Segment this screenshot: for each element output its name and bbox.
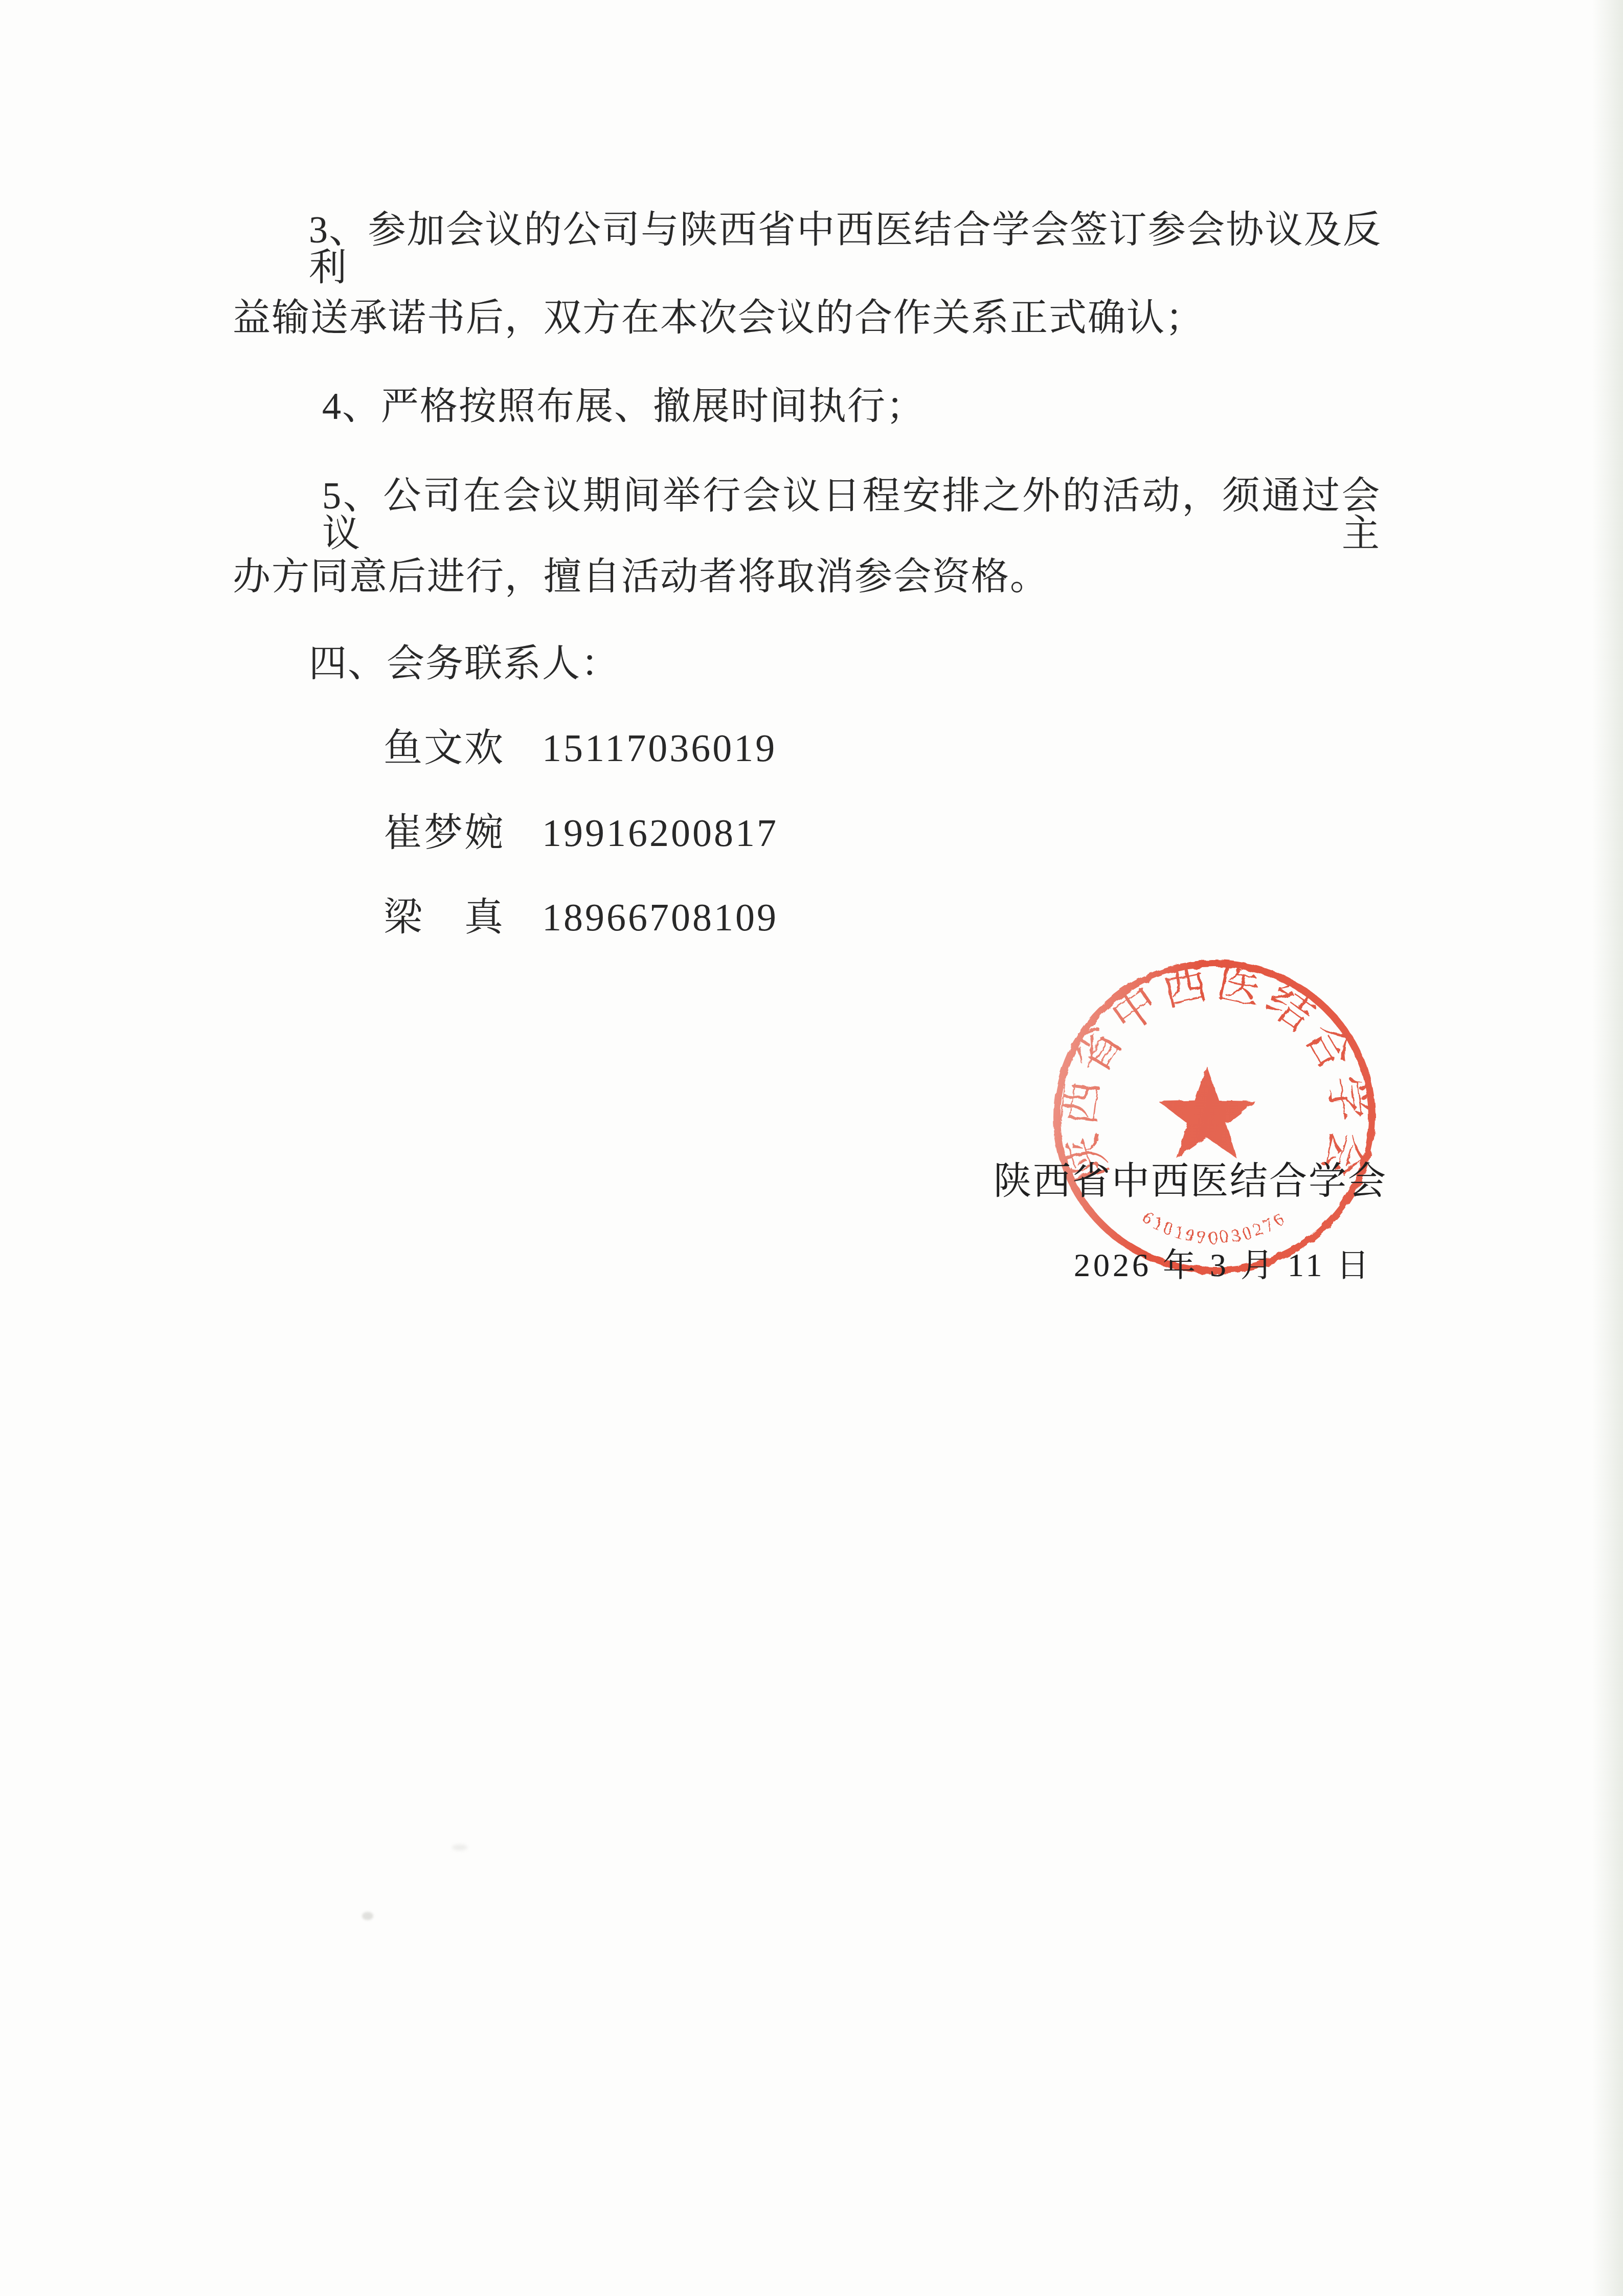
paragraph-5-line-1: 5、公司在会议期间举行会议日程安排之外的活动，须通过会议主 (322, 477, 1381, 553)
official-seal: 陕西省中西医结合学会 6101990030276 (1051, 953, 1379, 1281)
seal-ring-text: 陕西省中西医结合学会 (1054, 957, 1374, 1186)
seal-serial-number: 6101990030276 (1139, 1207, 1290, 1247)
paragraph-4-line-1: 4、严格按照布展、撤展时间执行； (322, 388, 925, 426)
page-edge-shadow (1592, 0, 1623, 2296)
seal-ring-text-container: 陕西省中西医结合学会 (1054, 957, 1374, 1186)
document-page: 3、参加会议的公司与陕西省中西医结合学会签订参会协议及反利 益输送承诺书后，双方… (0, 0, 1623, 2296)
section-heading-contacts: 四、会务联系人： (309, 645, 620, 683)
contact-row: 鱼文欢 15117036019 (384, 729, 1048, 768)
contact-row: 梁 真 18966708109 (384, 898, 1048, 937)
contact-phone: 18966708109 (542, 898, 778, 937)
seal-serial-container: 6101990030276 (1139, 1207, 1290, 1247)
contact-phone: 15117036019 (542, 729, 777, 768)
paragraph-3-line-2: 益输送承诺书后，双方在本次会议的合作关系正式确认； (233, 299, 1204, 337)
scan-speck (362, 1912, 373, 1920)
signature-organization: 陕西省中西医结合学会 (994, 1163, 1387, 1200)
contact-name: 梁 真 (384, 898, 505, 937)
contact-row: 崔梦婉 19916200817 (384, 814, 1048, 853)
paragraph-3-line-1: 3、参加会议的公司与陕西省中西医结合学会签订参会协议及反利 (309, 211, 1382, 287)
signature-date: 2026 年 3 月 11 日 (1074, 1249, 1372, 1282)
contact-name: 崔梦婉 (384, 814, 505, 853)
scan-speck (452, 1844, 467, 1851)
seal-star-icon (1158, 1066, 1255, 1158)
paragraph-5-line-2: 办方同意后进行，擅自活动者将取消参会资格。 (233, 558, 1049, 596)
contact-phone: 19916200817 (542, 814, 778, 853)
contact-name: 鱼文欢 (384, 729, 505, 768)
